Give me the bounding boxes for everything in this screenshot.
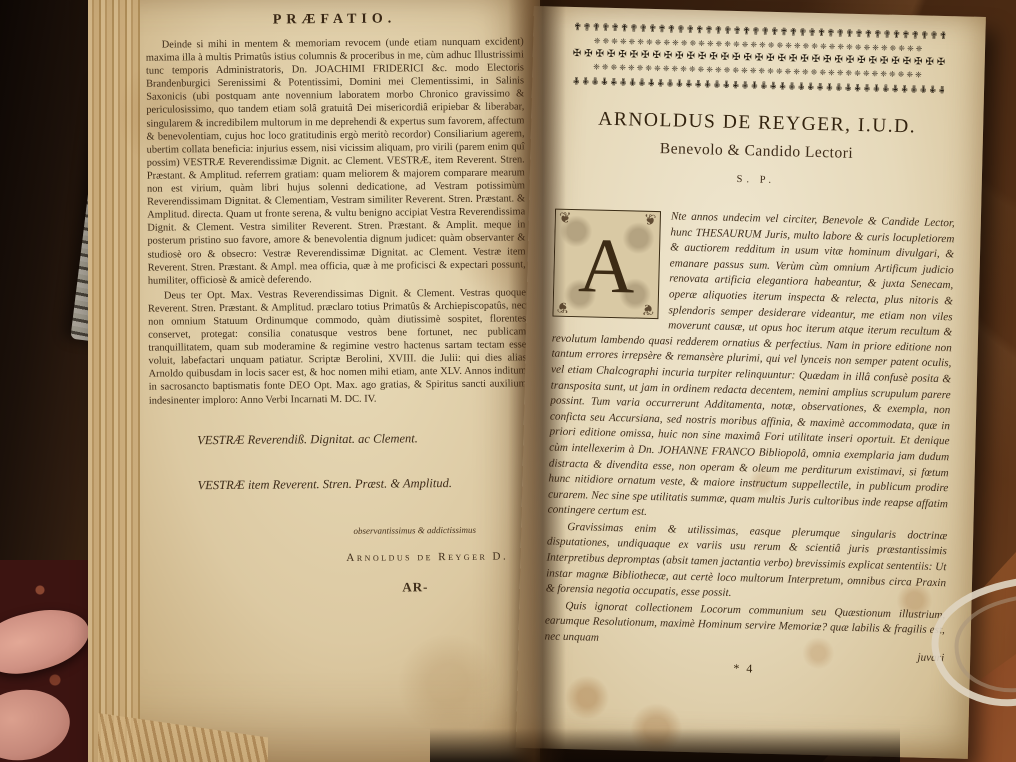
- closing-line-1: VESTRÆ Reverendiß. Dignitat. ac Clement.: [149, 430, 527, 448]
- drop-cap-letter: A: [553, 214, 659, 319]
- page-shadow: [430, 728, 900, 762]
- author-signature: Arnoldus de Reyger D.: [150, 550, 528, 565]
- page-gutter: [508, 0, 566, 762]
- book-photograph: PRÆFATIO. Deinde si mihi in mentem & mem…: [0, 0, 1016, 762]
- right-page-text-block: ✟✟✟✟✟✟✟✟✟✟✟✟✟✟✟✟✟✟✟✟✟✟✟✟✟✟✟✟✟✟✟✟✟✟✟✟✟✟✟✟…: [544, 21, 960, 682]
- paragraph: Gravissimas enim & utilissimas, easque p…: [546, 519, 948, 607]
- left-page-fore-edge: [88, 0, 140, 762]
- power-cable: [906, 520, 1016, 762]
- right-page-body: ❦ ❦ ❦ ❦ A Nte annos undecim vel circiter…: [544, 207, 955, 653]
- valediction: observantissimus & addictissimus: [150, 524, 528, 537]
- left-page-text-block: PRÆFATIO. Deinde si mihi in mentem & mem…: [145, 10, 528, 597]
- decorated-initial: ❦ ❦ ❦ ❦ A: [552, 209, 661, 320]
- paragraph: Deinde si mihi in mentem & memoriam revo…: [146, 35, 526, 287]
- closing-line-2: VESTRÆ item Reverent. Stren. Præst. & Am…: [150, 475, 528, 493]
- left-page: PRÆFATIO. Deinde si mihi in mentem & mem…: [88, 0, 540, 762]
- dedication-subtitle: Benevolo & Candido Lectori: [556, 138, 956, 166]
- catchword-left: AR-: [150, 578, 528, 597]
- salutation: S. P.: [556, 170, 956, 191]
- headpiece-ornament-band: ✟✟✟✟✟✟✟✟✟✟✟✟✟✟✟✟✟✟✟✟✟✟✟✟✟✟✟✟✟✟✟✟✟✟✟✟✟✟✟✟…: [572, 21, 945, 95]
- left-page-body: Deinde si mihi in mentem & memoriam revo…: [146, 35, 527, 407]
- page-title-author: ARNOLDUS DE REYGER, I.U.D.: [557, 108, 957, 140]
- paragraph: ❦ ❦ ❦ ❦ A Nte annos undecim vel circiter…: [547, 207, 955, 529]
- paragraph: Deus ter Opt. Max. Vestras Reverendissim…: [148, 286, 527, 407]
- page-heading-praefatio: PRÆFATIO.: [145, 10, 523, 29]
